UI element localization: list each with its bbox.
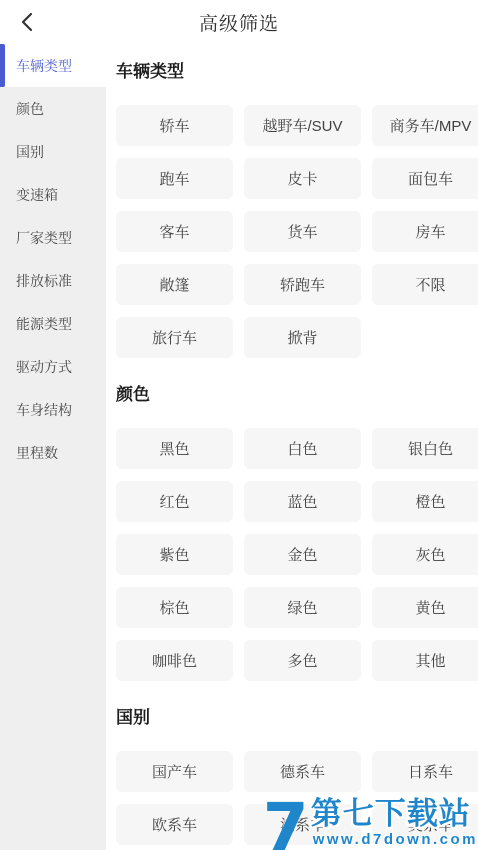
filter-option-button[interactable]: 蓝色: [244, 481, 361, 522]
filter-option-button[interactable]: 德系车: [244, 751, 361, 792]
filter-option-button[interactable]: 面包车: [372, 158, 478, 199]
filter-option-button[interactable]: 灰色: [372, 534, 478, 575]
header-bar: 高级筛选: [0, 0, 478, 44]
sidebar-item-label: 排放标准: [16, 271, 72, 291]
filter-option-button[interactable]: 掀背: [244, 317, 361, 358]
sidebar-item-label: 里程数: [16, 443, 58, 463]
filter-option-button[interactable]: 国产车: [116, 751, 233, 792]
filter-option-button[interactable]: 绿色: [244, 587, 361, 628]
filter-category-sidebar: 车辆类型颜色国别变速箱厂家类型排放标准能源类型驱动方式车身结构里程数: [0, 44, 106, 850]
active-indicator-bar: [0, 44, 5, 87]
sidebar-item-emission-standard[interactable]: 排放标准: [0, 259, 106, 302]
sidebar-item-mileage[interactable]: 里程数: [0, 431, 106, 474]
filter-option-button[interactable]: 金色: [244, 534, 361, 575]
sidebar-item-body-structure[interactable]: 车身结构: [0, 388, 106, 431]
filter-option-button[interactable]: 货车: [244, 211, 361, 252]
sidebar-item-label: 车身结构: [16, 400, 72, 420]
filter-option-button[interactable]: 美系车: [372, 804, 478, 845]
back-button[interactable]: [12, 6, 44, 38]
filter-option-button[interactable]: 商务车/MPV: [372, 105, 478, 146]
filter-option-button[interactable]: 法系车: [244, 804, 361, 845]
filter-option-button[interactable]: 多色: [244, 640, 361, 681]
filter-option-button[interactable]: 紫色: [116, 534, 233, 575]
filter-option-button[interactable]: 红色: [116, 481, 233, 522]
filter-option-button[interactable]: 客车: [116, 211, 233, 252]
sidebar-item-label: 驱动方式: [16, 357, 72, 377]
section-title: 车辆类型: [116, 62, 478, 82]
advanced-filter-screen: 高级筛选 车辆类型颜色国别变速箱厂家类型排放标准能源类型驱动方式车身结构里程数 …: [0, 0, 478, 850]
filter-section-country: 国别国产车德系车日系车欧系车法系车美系车: [116, 708, 478, 845]
filter-option-button[interactable]: 轿跑车: [244, 264, 361, 305]
filter-section-color: 颜色黑色白色银白色红色蓝色橙色紫色金色灰色棕色绿色黄色咖啡色多色其他: [116, 385, 478, 681]
page-title: 高级筛选: [199, 9, 279, 36]
filter-option-button[interactable]: 敞篷: [116, 264, 233, 305]
options-grid: 国产车德系车日系车欧系车法系车美系车: [116, 751, 478, 845]
section-title: 国别: [116, 708, 478, 728]
filter-option-button[interactable]: 皮卡: [244, 158, 361, 199]
sidebar-item-color[interactable]: 颜色: [0, 87, 106, 130]
filter-option-button[interactable]: 咖啡色: [116, 640, 233, 681]
filter-option-button[interactable]: 越野车/SUV: [244, 105, 361, 146]
filter-option-button[interactable]: 日系车: [372, 751, 478, 792]
filter-option-button[interactable]: 银白色: [372, 428, 478, 469]
content-area: 车辆类型颜色国别变速箱厂家类型排放标准能源类型驱动方式车身结构里程数 车辆类型轿…: [0, 44, 478, 850]
sidebar-item-country[interactable]: 国别: [0, 130, 106, 173]
sidebar-item-drive-type[interactable]: 驱动方式: [0, 345, 106, 388]
sidebar-item-gearbox[interactable]: 变速箱: [0, 173, 106, 216]
filter-option-button[interactable]: 房车: [372, 211, 478, 252]
options-grid: 轿车越野车/SUV商务车/MPV跑车皮卡面包车客车货车房车敞篷轿跑车不限旅行车掀…: [116, 105, 478, 358]
chevron-left-icon: [17, 11, 39, 33]
sidebar-item-vehicle-type[interactable]: 车辆类型: [0, 44, 106, 87]
filter-options-panel: 车辆类型轿车越野车/SUV商务车/MPV跑车皮卡面包车客车货车房车敞篷轿跑车不限…: [106, 44, 478, 850]
sidebar-item-label: 变速箱: [16, 185, 58, 205]
filter-section-vehicle-type: 车辆类型轿车越野车/SUV商务车/MPV跑车皮卡面包车客车货车房车敞篷轿跑车不限…: [116, 62, 478, 358]
filter-option-button[interactable]: 旅行车: [116, 317, 233, 358]
filter-option-button[interactable]: 黑色: [116, 428, 233, 469]
filter-option-button[interactable]: 黄色: [372, 587, 478, 628]
filter-option-button[interactable]: 欧系车: [116, 804, 233, 845]
sidebar-item-manufacturer-type[interactable]: 厂家类型: [0, 216, 106, 259]
filter-option-button[interactable]: 跑车: [116, 158, 233, 199]
filter-option-button[interactable]: 橙色: [372, 481, 478, 522]
sidebar-item-energy-type[interactable]: 能源类型: [0, 302, 106, 345]
sidebar-item-label: 颜色: [16, 99, 44, 119]
filter-option-button[interactable]: 其他: [372, 640, 478, 681]
sidebar-item-label: 国别: [16, 142, 44, 162]
sidebar-item-label: 车辆类型: [16, 56, 72, 76]
sidebar-item-label: 能源类型: [16, 314, 72, 334]
filter-option-button[interactable]: 不限: [372, 264, 478, 305]
filter-option-button[interactable]: 棕色: [116, 587, 233, 628]
filter-option-button[interactable]: 白色: [244, 428, 361, 469]
filter-option-button[interactable]: 轿车: [116, 105, 233, 146]
sidebar-item-label: 厂家类型: [16, 228, 72, 248]
section-title: 颜色: [116, 385, 478, 405]
options-grid: 黑色白色银白色红色蓝色橙色紫色金色灰色棕色绿色黄色咖啡色多色其他: [116, 428, 478, 681]
